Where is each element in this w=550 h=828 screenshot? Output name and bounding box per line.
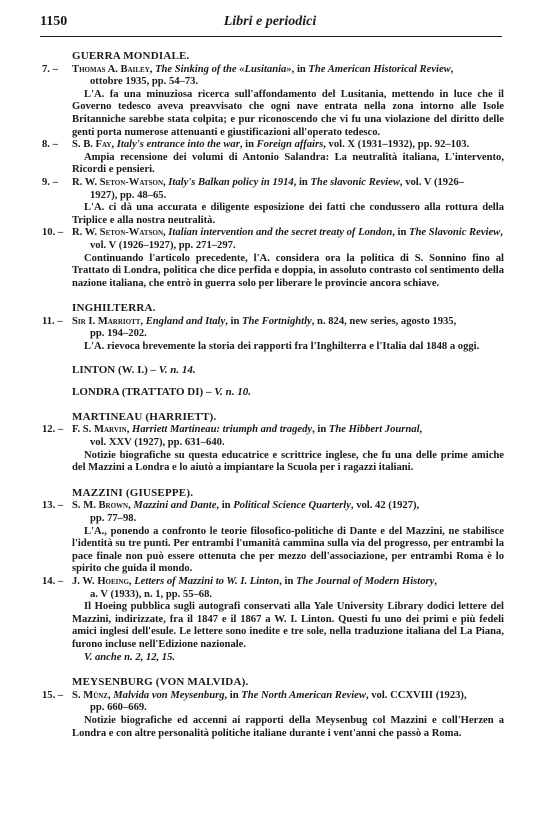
bibliography-entry: 13. –S. M. Brown, Mazzini and Dante, in …	[42, 500, 504, 576]
entry-citation: 7. –Thomas A. Bailey, The Sinking of the…	[42, 64, 504, 89]
entry-author: S. M. Brown	[72, 500, 128, 511]
entry-pub-prefix: , in	[292, 64, 309, 75]
entry-author: Thomas A. Bailey	[72, 64, 150, 75]
entry-pub-continuation: ottobre 1935, pp. 54–73.	[72, 76, 504, 89]
entry-citation: 9. –R. W. Seton-Watson, Italy's Balkan p…	[42, 177, 504, 202]
entry-pub-prefix: , in	[279, 576, 296, 587]
entry-pub-prefix: , in	[240, 139, 257, 150]
cross-reference: LONDRA (TRATTATO DI) – V. n. 10.	[72, 386, 504, 399]
section-heading: INGHILTERRA.	[72, 302, 504, 315]
entry-title: Italy's Balkan policy in 1914	[168, 177, 293, 188]
section-heading: MEYSENBURG (VON MALVIDA).	[72, 676, 504, 689]
entry-title: Harriett Martineau: triumph and tragedy	[132, 424, 312, 435]
entry-pub-continuation: pp. 660–669.	[72, 702, 504, 715]
entry-journal: The American Historical Review	[308, 64, 450, 75]
entry-journal: The slavonic Review	[310, 177, 399, 188]
cross-reference-target: V. n. 10.	[214, 386, 251, 398]
entry-journal: The North American Review	[241, 690, 366, 701]
entry-journal: The Journal of Modern History	[296, 576, 434, 587]
bibliography-body: GUERRA MONDIALE.7. –Thomas A. Bailey, Th…	[42, 50, 504, 740]
entry-author: S. B. Fay	[72, 139, 112, 150]
entry-number: 9. –	[42, 177, 72, 190]
running-title: Libri e periodici	[40, 14, 500, 30]
entry-number: 15. –	[42, 690, 72, 703]
entry-journal: The Fortnightly	[242, 316, 312, 327]
entry-annotation: Notizie biografiche su questa educatrice…	[42, 450, 504, 475]
bibliography-entry: 11. –Sir I. Marriott, England and Italy,…	[42, 316, 504, 354]
entry-pub-details: , n. 824, new series, agosto 1935,	[312, 316, 456, 327]
entry-citation: 14. –J. W. Hoeing, Letters of Mazzini to…	[42, 576, 504, 601]
entry-annotation: Il Hoeing pubblica sugli autografi conse…	[42, 601, 504, 651]
see-also-reference: V. anche n. 2, 12, 15.	[42, 652, 504, 665]
entry-title: Mazzini and Dante	[133, 500, 216, 511]
entry-title: England and Italy	[146, 316, 225, 327]
section-heading: MARTINEAU (HARRIETT).	[72, 411, 504, 424]
entry-author: S. Münz	[72, 690, 108, 701]
entry-pub-prefix: , in	[312, 424, 329, 435]
entry-pub-continuation: vol. XXV (1927), pp. 631–640.	[72, 437, 504, 450]
entry-annotation: Continuando l'articolo precedente, l'A. …	[42, 253, 504, 291]
entry-pub-details: ,	[451, 64, 454, 75]
entry-annotation: L'A. fa una minuziosa ricerca sull'affon…	[42, 89, 504, 139]
entry-pub-details: ,	[420, 424, 423, 435]
entry-author: F. S. Marvin	[72, 424, 127, 435]
entry-annotation: L'A., ponendo a confronto le teorie filo…	[42, 526, 504, 576]
entry-journal: The Hibbert Journal	[329, 424, 420, 435]
entry-pub-details: , vol. X (1931–1932), pp. 92–103.	[323, 139, 469, 150]
entry-journal: Political Science Quarterly	[233, 500, 351, 511]
entry-pub-continuation: pp. 194–202.	[72, 328, 504, 341]
entry-author: R. W. Seton-Watson	[72, 177, 163, 188]
entry-citation: 10. –R. W. Seton-Watson, Italian interve…	[42, 227, 504, 252]
cross-reference: LINTON (W. I.) – V. n. 14.	[72, 364, 504, 377]
entry-pub-details: , vol. 42 (1927),	[351, 500, 419, 511]
entry-pub-details: , vol. CCXVIII (1923),	[366, 690, 467, 701]
entry-pub-prefix: , in	[392, 227, 409, 238]
bibliography-entry: 14. –J. W. Hoeing, Letters of Mazzini to…	[42, 576, 504, 664]
entry-annotation: Ampia recensione dei volumi di Antonio S…	[42, 152, 504, 177]
section-heading: GUERRA MONDIALE.	[72, 50, 504, 63]
entry-journal: The Slavonic Review	[409, 227, 500, 238]
entry-pub-prefix: , in	[294, 177, 311, 188]
entry-author: R. W. Seton-Watson	[72, 227, 163, 238]
header-rule	[40, 36, 502, 37]
entry-annotation: Notizie biografiche ed accenni ai rappor…	[42, 715, 504, 740]
bibliography-entry: 15. –S. Münz, Malvida von Meysenburg, in…	[42, 690, 504, 740]
entry-pub-details: ,	[434, 576, 437, 587]
entry-title: Italy's entrance into the war	[117, 139, 240, 150]
entry-pub-prefix: , in	[216, 500, 233, 511]
entry-pub-prefix: , in	[225, 690, 242, 701]
entry-author: J. W. Hoeing	[72, 576, 129, 587]
entry-citation: 8. –S. B. Fay, Italy's entrance into the…	[42, 139, 504, 152]
entry-number: 10. –	[42, 227, 72, 240]
bibliography-entry: 10. –R. W. Seton-Watson, Italian interve…	[42, 227, 504, 290]
cross-reference-label: LINTON (W. I.) –	[72, 364, 159, 376]
entry-number: 12. –	[42, 424, 72, 437]
entry-pub-continuation: 1927), pp. 48–65.	[72, 190, 504, 203]
entry-author: Sir I. Marriott	[72, 316, 140, 327]
bibliography-entry: 7. –Thomas A. Bailey, The Sinking of the…	[42, 64, 504, 140]
entry-number: 14. –	[42, 576, 72, 589]
entry-citation: 12. –F. S. Marvin, Harriett Martineau: t…	[42, 424, 504, 449]
entry-number: 13. –	[42, 500, 72, 513]
cross-reference-label: LONDRA (TRATTATO DI) –	[72, 386, 214, 398]
entry-title: Malvida von Meysenburg	[113, 690, 224, 701]
entry-citation: 11. –Sir I. Marriott, England and Italy,…	[42, 316, 504, 341]
entry-title: The Sinking of the «Lusitania»	[155, 64, 292, 75]
entry-pub-details: ,	[500, 227, 503, 238]
entry-number: 8. –	[42, 139, 72, 152]
bibliography-entry: 12. –F. S. Marvin, Harriett Martineau: t…	[42, 424, 504, 474]
entry-pub-details: , vol. V (1926–	[400, 177, 464, 188]
entry-pub-continuation: a. V (1933), n. 1, pp. 55–68.	[72, 589, 504, 602]
entry-citation: 15. –S. Münz, Malvida von Meysenburg, in…	[42, 690, 504, 715]
bibliography-entry: 8. –S. B. Fay, Italy's entrance into the…	[42, 139, 504, 177]
entry-number: 11. –	[42, 316, 72, 329]
bibliography-entry: 9. –R. W. Seton-Watson, Italy's Balkan p…	[42, 177, 504, 227]
entry-journal: Foreign affairs	[257, 139, 324, 150]
entry-citation: 13. –S. M. Brown, Mazzini and Dante, in …	[42, 500, 504, 525]
running-head: 1150 Libri e periodici	[40, 14, 500, 34]
entry-annotation: L'A. ci dà una accurata e diligente espo…	[42, 202, 504, 227]
entry-number: 7. –	[42, 64, 72, 77]
entry-pub-continuation: vol. V (1926–1927), pp. 271–297.	[72, 240, 504, 253]
entry-title: Letters of Mazzini to W. I. Linton	[134, 576, 279, 587]
entry-pub-prefix: , in	[225, 316, 242, 327]
cross-reference-target: V. n. 14.	[159, 364, 196, 376]
entry-pub-continuation: pp. 77–98.	[72, 513, 504, 526]
entry-annotation: L'A. rievoca brevemente la storia dei ra…	[42, 341, 504, 354]
section-heading: MAZZINI (GIUSEPPE).	[72, 487, 504, 500]
document-page: 1150 Libri e periodici GUERRA MONDIALE.7…	[0, 0, 550, 828]
entry-title: Italian intervention and the secret trea…	[168, 227, 392, 238]
